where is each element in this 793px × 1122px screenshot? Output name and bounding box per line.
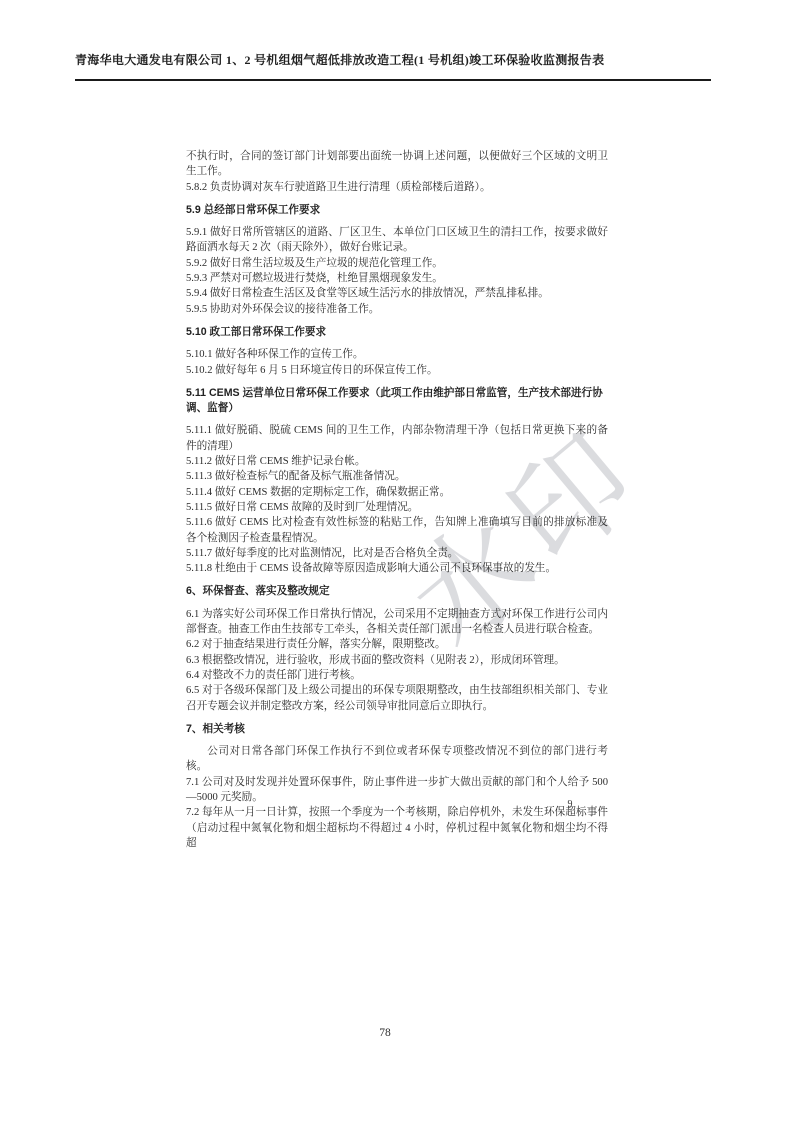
paragraph: 5.10.2 做好每年 6 月 5 日环境宣传日的环保宣传工作。 (186, 363, 608, 378)
paragraph: 5.11.2 做好日常 CEMS 维护记录台帐。 (186, 454, 608, 469)
header-divider (75, 79, 711, 81)
paragraph: 5.11.6 做好 CEMS 比对检查有效性标签的粘贴工作，告知牌上准确填写目前… (186, 515, 608, 546)
paragraph: 5.9.3 严禁对可燃垃圾进行焚烧，杜绝冒黑烟现象发生。 (186, 271, 608, 286)
paragraph: 5.11.5 做好日常 CEMS 故障的及时到厂处理情况。 (186, 500, 608, 515)
paragraph: 5.8.2 负责协调对灰车行驶道路卫生进行清理（质检部楼后道路）。 (186, 180, 608, 195)
section-heading: 5.9 总经部日常环保工作要求 (186, 203, 608, 218)
paragraph: 5.10.1 做好各种环保工作的宣传工作。 (186, 347, 608, 362)
paragraph: 7.2 每年从一月一日计算，按照一个季度为一个考核期，除启停机外，未发生环保超标… (186, 805, 608, 851)
section-heading: 6、环保督查、落实及整改规定 (186, 584, 608, 599)
paragraph: 5.9.4 做好日常检查生活区及食堂等区域生活污水的排放情况，严禁乱排私排。 (186, 286, 608, 301)
document-body: 不执行时，合同的签订部门计划部要出面统一协调上述问题，以便做好三个区域的文明卫生… (186, 149, 608, 851)
paragraph: 5.9.5 协助对外环保会议的接待准备工作。 (186, 302, 608, 317)
paragraph: 5.11.8 杜绝由于 CEMS 设备故障等原因造成影响大通公司不良环保事故的发… (186, 561, 608, 576)
paragraph: 5.11.4 做好 CEMS 数据的定期标定工作，确保数据正常。 (186, 485, 608, 500)
footer-page-number: 78 (330, 1027, 440, 1039)
paragraph: 5.9.1 做好日常所管辖区的道路、厂区卫生、本单位门口区域卫生的清扫工作，按要… (186, 225, 608, 256)
section-heading: 5.11 CEMS 运营单位日常环保工作要求（此项工作由维护部日常监管，生产技术… (186, 386, 608, 417)
paragraph: 6.3 根据整改情况，进行验收，形成书面的整改资料（见附表 2），形成闭环管理。 (186, 653, 608, 668)
paragraph: 5.9.2 做好日常生活垃圾及生产垃圾的规范化管理工作。 (186, 256, 608, 271)
document-page: { "header": { "title": "青海华电大通发电有限公司 1、2… (0, 0, 793, 1122)
paragraph: 6.2 对于抽查结果进行责任分解，落实分解，限期整改。 (186, 637, 608, 652)
paragraph: 5.11.3 做好检查标气的配备及标气瓶准备情况。 (186, 469, 608, 484)
paragraph: 公司对日常各部门环保工作执行不到位或者环保专项整改情况不到位的部门进行考核。 (186, 744, 608, 775)
paragraph: 6.1 为落实好公司环保工作日常执行情况，公司采用不定期抽查方式对环保工作进行公… (186, 607, 608, 638)
paragraph: 6.4 对整改不力的责任部门进行考核。 (186, 668, 608, 683)
section-heading: 7、相关考核 (186, 722, 608, 737)
paragraph: 5.11.7 做好每季度的比对监测情况，比对是否合格负全责。 (186, 546, 608, 561)
paragraph: 不执行时，合同的签订部门计划部要出面统一协调上述问题，以便做好三个区域的文明卫生… (186, 149, 608, 180)
paragraph: 5.11.1 做好脱硝、脱硫 CEMS 间的卫生工作，内部杂物清理干净（包括日常… (186, 423, 608, 454)
section-heading: 5.10 政工部日常环保工作要求 (186, 325, 608, 340)
paragraph: 6.5 对于各级环保部门及上级公司提出的环保专项限期整改，由生技部组织相关部门、… (186, 683, 608, 714)
paragraph: 7.1 公司对及时发现并处置环保事件，防止事件进一步扩大做出贡献的部门和个人给予… (186, 775, 608, 806)
header-title: 青海华电大通发电有限公司 1、2 号机组烟气超低排放改造工程(1 号机组)竣工环… (75, 51, 735, 68)
